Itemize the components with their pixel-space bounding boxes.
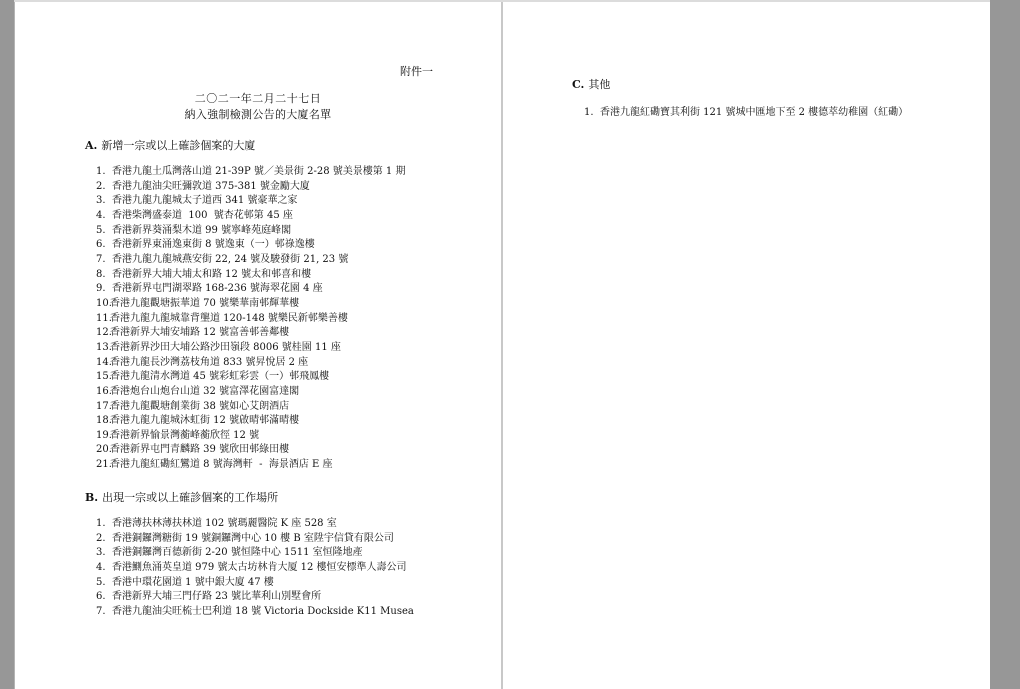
item-number: 7. (96, 253, 112, 268)
list-item: 9.香港新界屯門湖翠路 168-236 號海翠花園 4 座 (96, 282, 405, 297)
pdf-viewer: 附件一 二〇二一年二月二十七日 納入強制檢測公告的大廈名單 A.新增一宗或以上確… (0, 0, 1020, 689)
item-text: 香港新界大埔大埔太和路 12 號太和邨喜和樓 (112, 268, 311, 283)
section-c-heading: C.其他 (572, 76, 610, 92)
item-text: 香港九龍清水灣道 45 號彩虹彩雲（一）邨飛鳳樓 (110, 370, 329, 385)
list-item: 6.香港新界大埔三門仔路 23 號比華利山別墅會所 (96, 590, 414, 605)
item-text: 香港炮台山炮台山道 32 號富澤花園富達閣 (110, 385, 299, 400)
document-page-1: 附件一 二〇二一年二月二十七日 納入強制檢測公告的大廈名單 A.新增一宗或以上確… (15, 2, 501, 689)
item-text: 香港九龍紅磡寶其利街 121 號城中匯地下至 2 樓德萃幼稚園（紅磡） (600, 106, 908, 121)
section-c-title: 其他 (588, 78, 610, 91)
section-a-heading: A.新增一宗或以上確診個案的大廈 (85, 137, 255, 153)
list-item: 5.香港中環花園道 1 號中銀大廈 47 樓 (96, 576, 414, 591)
section-a-prefix: A. (85, 139, 97, 152)
list-item: 14.香港九龍長沙灣荔枝角道 833 號昇悅居 2 座 (96, 356, 405, 371)
item-number: 19. (96, 429, 110, 444)
list-item: 7.香港九龍九龍城燕安街 22, 24 號及駿發街 21, 23 號 (96, 253, 405, 268)
item-number: 5. (96, 224, 112, 239)
list-item: 16.香港炮台山炮台山道 32 號富澤花園富達閣 (96, 385, 405, 400)
list-item: 12.香港新界大埔安埔路 12 號富善邨善鄰樓 (96, 326, 405, 341)
item-text: 香港九龍土瓜灣落山道 21-39P 號／美景街 2-28 號美景樓第 1 期 (112, 165, 405, 180)
item-text: 香港九龍九龍城燕安街 22, 24 號及駿發街 21, 23 號 (112, 253, 348, 268)
item-number: 2. (96, 532, 112, 547)
list-item: 3.香港銅鑼灣百德新街 2-20 號恒隆中心 1511 室恒隆地產 (96, 546, 414, 561)
list-item: 21.香港九龍紅磡紅鸞道 8 號海灣軒 - 海景酒店 E 座 (96, 458, 405, 473)
item-number: 8. (96, 268, 112, 283)
item-text: 香港柴灣盛泰道 100 號杏花邨第 45 座 (112, 209, 293, 224)
item-text: 香港新界沙田大埔公路沙田嶺段 8006 號桂園 11 座 (110, 341, 341, 356)
item-text: 香港銅鑼灣百德新街 2-20 號恒隆中心 1511 室恒隆地產 (112, 546, 363, 561)
item-number: 14. (96, 356, 110, 371)
section-b-list: 1.香港薄扶林薄扶林道 102 號瑪麗醫院 K 座 528 室 2.香港銅鑼灣糖… (96, 517, 414, 620)
item-text: 香港新界屯門湖翠路 168-236 號海翠花園 4 座 (112, 282, 323, 297)
list-item: 1.香港薄扶林薄扶林道 102 號瑪麗醫院 K 座 528 室 (96, 517, 414, 532)
section-b-title: 出現一宗或以上確診個案的工作場所 (102, 491, 278, 504)
item-text: 香港薄扶林薄扶林道 102 號瑪麗醫院 K 座 528 室 (112, 517, 337, 532)
item-number: 12. (96, 326, 110, 341)
item-number: 2. (96, 180, 112, 195)
section-b-prefix: B. (85, 491, 98, 504)
item-number: 6. (96, 238, 112, 253)
item-number: 6. (96, 590, 112, 605)
list-item: 4.香港柴灣盛泰道 100 號杏花邨第 45 座 (96, 209, 405, 224)
item-text: 香港九龍九龍城靠背壟道 120-148 號樂民新邨樂善樓 (110, 312, 348, 327)
list-item: 2.香港九龍油尖旺彌敦道 375-381 號金勵大廈 (96, 180, 405, 195)
list-item: 17.香港九龍觀塘創業街 38 號如心艾朗酒店 (96, 400, 405, 415)
list-item: 19.香港新界愉景灣蘅峰蘅欣徑 12 號 (96, 429, 405, 444)
item-number: 7. (96, 605, 112, 620)
list-item: 7.香港九龍油尖旺梳士巴利道 18 號 Victoria Dockside K1… (96, 605, 414, 620)
item-number: 5. (96, 576, 112, 591)
item-number: 9. (96, 282, 112, 297)
section-c-prefix: C. (572, 78, 584, 91)
document-date: 二〇二一年二月二十七日 (15, 90, 501, 106)
item-text: 香港九龍觀塘振華道 70 號樂華南邨輝華樓 (110, 297, 299, 312)
item-number: 1. (96, 165, 112, 180)
section-a-list: 1.香港九龍土瓜灣落山道 21-39P 號／美景街 2-28 號美景樓第 1 期… (96, 165, 405, 473)
item-text: 香港九龍長沙灣荔枝角道 833 號昇悅居 2 座 (110, 356, 308, 371)
list-item: 3.香港九龍九龍城太子道西 341 號豪華之家 (96, 194, 405, 209)
item-text: 香港九龍九龍城太子道西 341 號豪華之家 (112, 194, 297, 209)
item-number: 20. (96, 443, 110, 458)
list-item: 2.香港銅鑼灣糖街 19 號銅鑼灣中心 10 樓 B 室陞宇信貸有限公司 (96, 532, 414, 547)
item-number: 17. (96, 400, 110, 415)
item-text: 香港新界愉景灣蘅峰蘅欣徑 12 號 (110, 429, 259, 444)
item-text: 香港九龍九龍城沐虹街 12 號啟晴邨滿晴樓 (110, 414, 299, 429)
item-text: 香港新界葵涌梨木道 99 號寧峰苑庭峰閣 (112, 224, 291, 239)
document-page-2: C.其他 1.香港九龍紅磡寶其利街 121 號城中匯地下至 2 樓德萃幼稚園（紅… (503, 2, 990, 689)
list-item: 8.香港新界大埔大埔太和路 12 號太和邨喜和樓 (96, 268, 405, 283)
item-text: 香港鰂魚涌英皇道 979 號太古坊林肯大厦 12 樓恒安標準人壽公司 (112, 561, 407, 576)
item-text: 香港新界大埔安埔路 12 號富善邨善鄰樓 (110, 326, 289, 341)
item-text: 香港九龍油尖旺梳士巴利道 18 號 Victoria Dockside K11 … (112, 605, 414, 620)
item-text: 香港中環花園道 1 號中銀大廈 47 樓 (112, 576, 274, 591)
item-text: 香港九龍油尖旺彌敦道 375-381 號金勵大廈 (112, 180, 310, 195)
list-item: 5.香港新界葵涌梨木道 99 號寧峰苑庭峰閣 (96, 224, 405, 239)
list-item: 1.香港九龍紅磡寶其利街 121 號城中匯地下至 2 樓德萃幼稚園（紅磡） (584, 106, 908, 121)
item-text: 香港九龍紅磡紅鸞道 8 號海灣軒 - 海景酒店 E 座 (110, 458, 332, 473)
list-item: 13.香港新界沙田大埔公路沙田嶺段 8006 號桂園 11 座 (96, 341, 405, 356)
item-number: 1. (584, 106, 600, 121)
annex-label: 附件一 (400, 63, 433, 79)
item-text: 香港九龍觀塘創業街 38 號如心艾朗酒店 (110, 400, 289, 415)
list-item: 15.香港九龍清水灣道 45 號彩虹彩雲（一）邨飛鳳樓 (96, 370, 405, 385)
item-number: 3. (96, 194, 112, 209)
item-number: 10. (96, 297, 110, 312)
list-item: 6.香港新界東涌逸東街 8 號逸東（一）邨祿逸樓 (96, 238, 405, 253)
item-number: 11. (96, 312, 110, 327)
item-text: 香港新界大埔三門仔路 23 號比華利山別墅會所 (112, 590, 321, 605)
item-number: 15. (96, 370, 110, 385)
list-item: 10.香港九龍觀塘振華道 70 號樂華南邨輝華樓 (96, 297, 405, 312)
item-number: 4. (96, 209, 112, 224)
list-item: 1.香港九龍土瓜灣落山道 21-39P 號／美景街 2-28 號美景樓第 1 期 (96, 165, 405, 180)
list-item: 20.香港新界屯門青麟路 39 號欣田邨綠田樓 (96, 443, 405, 458)
item-number: 21. (96, 458, 110, 473)
document-title: 納入強制檢測公告的大廈名單 (15, 106, 501, 122)
item-number: 16. (96, 385, 110, 400)
list-item: 11.香港九龍九龍城靠背壟道 120-148 號樂民新邨樂善樓 (96, 312, 405, 327)
section-b-heading: B.出現一宗或以上確診個案的工作場所 (85, 489, 278, 505)
section-a-title: 新增一宗或以上確診個案的大廈 (101, 139, 255, 152)
item-number: 1. (96, 517, 112, 532)
list-item: 18.香港九龍九龍城沐虹街 12 號啟晴邨滿晴樓 (96, 414, 405, 429)
item-text: 香港新界東涌逸東街 8 號逸東（一）邨祿逸樓 (112, 238, 315, 253)
item-text: 香港銅鑼灣糖街 19 號銅鑼灣中心 10 樓 B 室陞宇信貸有限公司 (112, 532, 394, 547)
item-number: 4. (96, 561, 112, 576)
item-number: 13. (96, 341, 110, 356)
item-number: 3. (96, 546, 112, 561)
item-number: 18. (96, 414, 110, 429)
list-item: 4.香港鰂魚涌英皇道 979 號太古坊林肯大厦 12 樓恒安標準人壽公司 (96, 561, 414, 576)
item-text: 香港新界屯門青麟路 39 號欣田邨綠田樓 (110, 443, 289, 458)
section-c-list: 1.香港九龍紅磡寶其利街 121 號城中匯地下至 2 樓德萃幼稚園（紅磡） (584, 106, 908, 121)
